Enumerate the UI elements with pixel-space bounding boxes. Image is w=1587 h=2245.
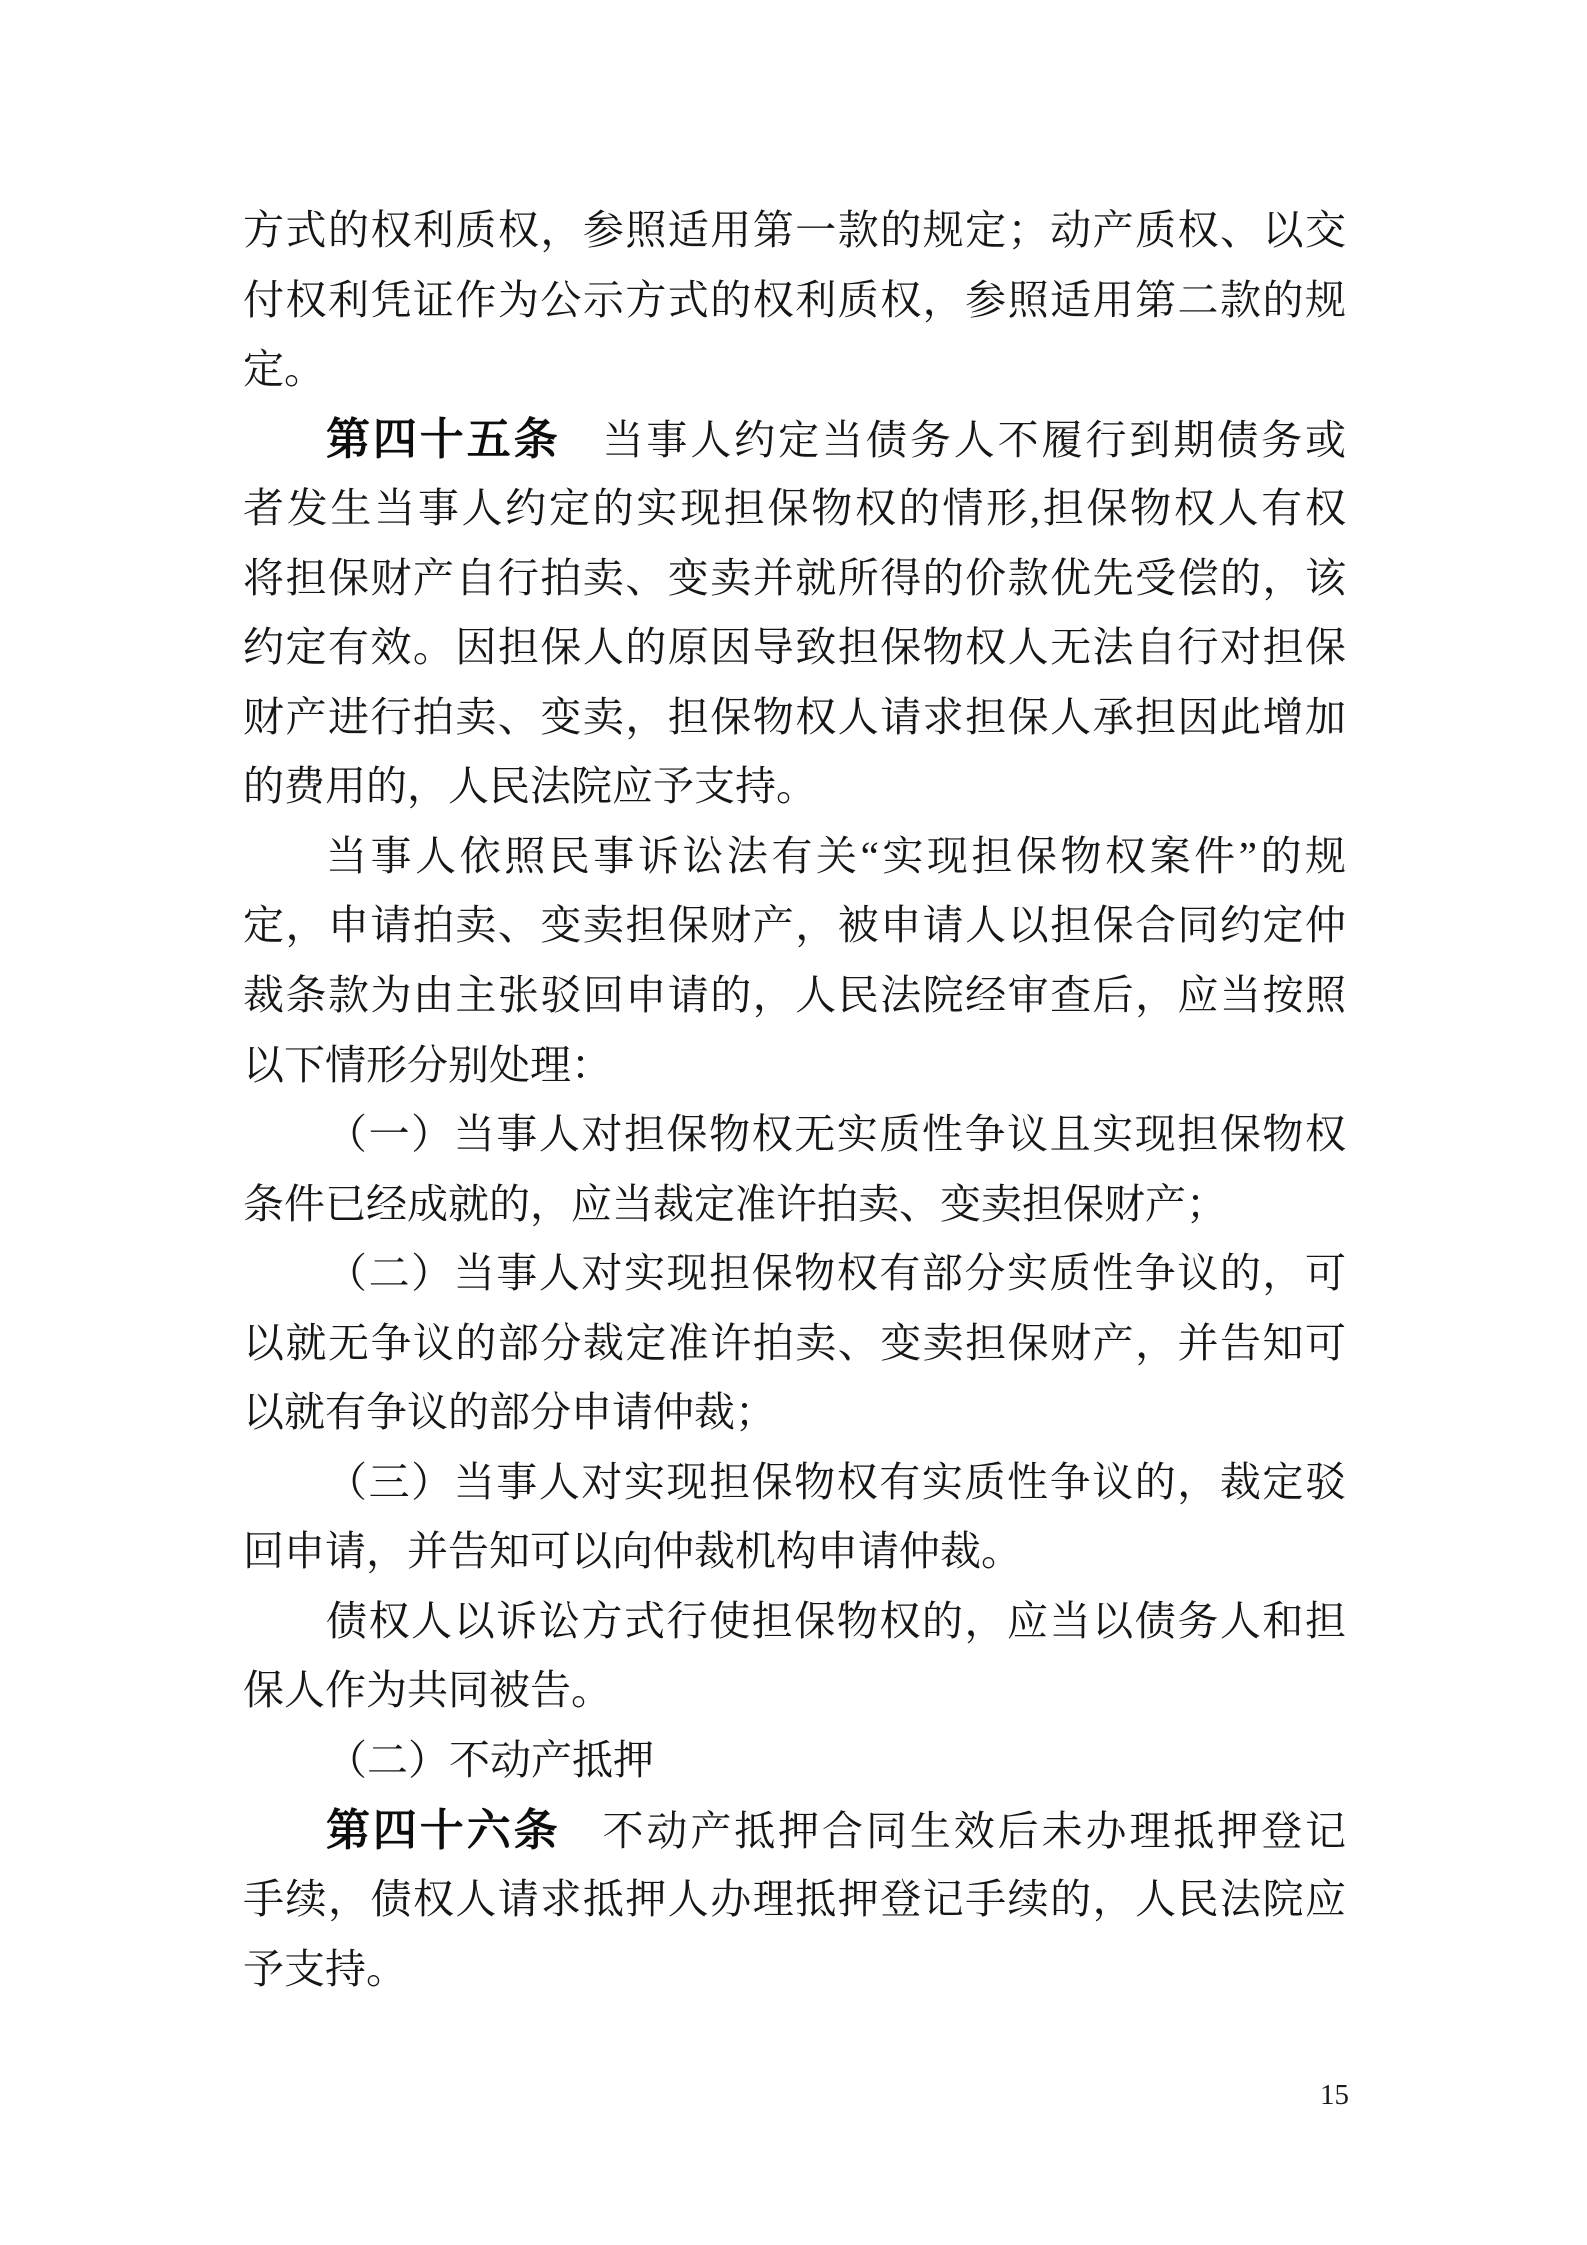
- text-line: 约定有效。因担保人的原因导致担保物权人无法自行对担保: [243, 613, 1346, 683]
- text-line: 财产进行拍卖、变卖，担保物权人请求担保人承担因此增加: [243, 683, 1346, 753]
- page-number: 15: [1320, 2081, 1349, 2110]
- text-line: 债权人以诉讼方式行使担保物权的，应当以债务人和担: [243, 1587, 1346, 1657]
- text-line: （二）不动产抵押: [243, 1726, 1346, 1796]
- article-number: 第四十五条: [326, 415, 561, 464]
- text-line: 手续，债权人请求抵押人办理抵押登记手续的，人民法院应: [243, 1865, 1346, 1935]
- text-line: 定。: [243, 335, 1346, 405]
- article-number: 第四十六条: [326, 1806, 561, 1855]
- text-line: 者发生当事人约定的实现担保物权的情形,担保物权人有权: [243, 474, 1346, 544]
- text-line: 的费用的，人民法院应予支持。: [243, 752, 1346, 822]
- text-block: 方式的权利质权，参照适用第一款的规定；动产质权、以交付权利凭证作为公示方式的权利…: [243, 196, 1346, 2004]
- line-text: 当事人约定当债务人不履行到期债务或: [603, 417, 1346, 463]
- text-line: 保人作为共同被告。: [243, 1656, 1346, 1726]
- text-line: 第四十五条当事人约定当债务人不履行到期债务或: [243, 405, 1346, 475]
- text-line: 回申请，并告知可以向仲裁机构申请仲裁。: [243, 1517, 1346, 1587]
- text-line: 予支持。: [243, 1935, 1346, 2005]
- text-line: 以就有争议的部分申请仲裁；: [243, 1378, 1346, 1448]
- text-line: （二）当事人对实现担保物权有部分实质性争议的，可: [243, 1239, 1346, 1309]
- line-text: 不动产抵押合同生效后未办理抵押登记: [603, 1808, 1346, 1854]
- text-line: （一）当事人对担保物权无实质性争议且实现担保物权: [243, 1100, 1346, 1170]
- text-line: 当事人依照民事诉讼法有关“实现担保物权案件”的规: [243, 822, 1346, 892]
- text-line: 第四十六条不动产抵押合同生效后未办理抵押登记: [243, 1796, 1346, 1866]
- text-line: 条件已经成就的，应当裁定准许拍卖、变卖担保财产；: [243, 1170, 1346, 1240]
- text-line: 以下情形分别处理：: [243, 1031, 1346, 1101]
- text-line: 以就无争议的部分裁定准许拍卖、变卖担保财产，并告知可: [243, 1309, 1346, 1379]
- text-line: 付权利凭证作为公示方式的权利质权，参照适用第二款的规: [243, 266, 1346, 336]
- text-line: 将担保财产自行拍卖、变卖并就所得的价款优先受偿的，该: [243, 544, 1346, 614]
- text-line: 方式的权利质权，参照适用第一款的规定；动产质权、以交: [243, 196, 1346, 266]
- text-line: （三）当事人对实现担保物权有实质性争议的，裁定驳: [243, 1448, 1346, 1518]
- document-page: 方式的权利质权，参照适用第一款的规定；动产质权、以交付权利凭证作为公示方式的权利…: [0, 0, 1587, 2245]
- text-line: 定，申请拍卖、变卖担保财产，被申请人以担保合同约定仲: [243, 891, 1346, 961]
- text-line: 裁条款为由主张驳回申请的，人民法院经审查后，应当按照: [243, 961, 1346, 1031]
